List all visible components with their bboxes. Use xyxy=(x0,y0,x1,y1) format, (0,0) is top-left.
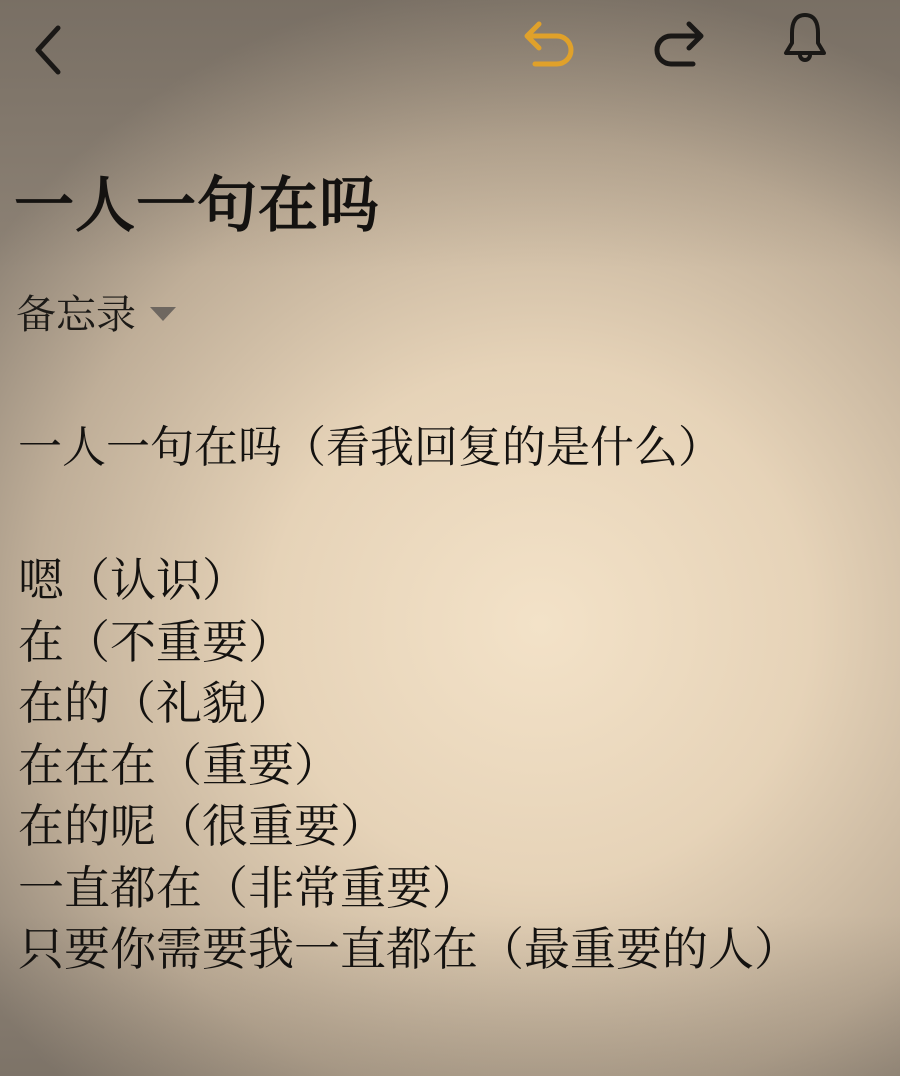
note-line: 只要你需要我一直都在（最重要的人） xyxy=(18,919,900,981)
note-title[interactable]: 一人一句在吗 xyxy=(14,158,380,244)
back-button[interactable] xyxy=(18,20,78,80)
note-line: 在的呢（很重要） xyxy=(18,796,900,858)
bell-icon xyxy=(780,9,830,67)
redo-icon xyxy=(649,14,713,74)
note-line: 在的（礼貌） xyxy=(18,673,900,735)
caret-down-icon xyxy=(150,307,176,321)
note-line: 嗯（认识） xyxy=(18,550,900,612)
undo-button[interactable] xyxy=(512,14,582,78)
reminder-button[interactable] xyxy=(772,8,838,68)
note-intro-line: 一人一句在吗（看我回复的是什么） xyxy=(18,416,900,480)
category-label: 备忘录 xyxy=(16,283,136,340)
redo-button[interactable] xyxy=(646,12,716,76)
blank-line xyxy=(18,480,900,550)
note-body[interactable]: 一人一句在吗（看我回复的是什么） 嗯（认识） 在（不重要） 在的（礼貌） 在在在… xyxy=(18,416,900,981)
note-line: 一直都在（非常重要） xyxy=(18,858,900,920)
top-toolbar xyxy=(0,0,900,110)
chevron-left-icon xyxy=(28,22,68,78)
note-line: 在在在（重要） xyxy=(18,735,900,797)
note-lines: 嗯（认识） 在（不重要） 在的（礼貌） 在在在（重要） 在的呢（很重要） 一直都… xyxy=(18,550,900,981)
undo-icon xyxy=(515,16,579,76)
category-dropdown[interactable]: 备忘录 xyxy=(16,283,176,340)
note-line: 在（不重要） xyxy=(18,612,900,674)
